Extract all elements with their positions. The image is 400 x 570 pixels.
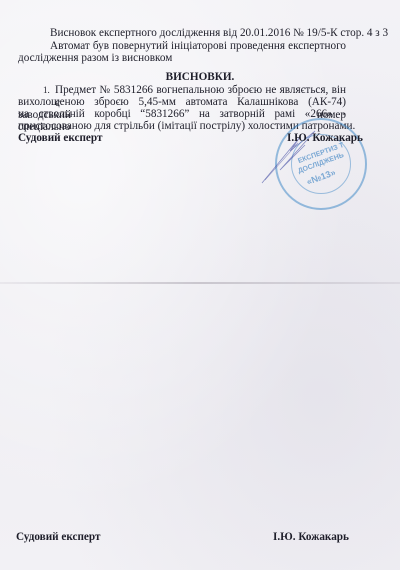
conclusions-title: ВИСНОВКИ.: [0, 71, 400, 84]
signature-top-name: І.Ю. Кожакарь: [287, 132, 363, 145]
signature-bottom-role: Судовий експерт: [16, 531, 100, 544]
document-header: Висновок експертного дослідження від 20.…: [50, 27, 388, 40]
signature-bottom-name: І.Ю. Кожакарь: [273, 531, 349, 544]
signature-top-role: Судовий експерт: [18, 132, 102, 145]
intro-paragraph-line2: дослідження разом із висновком: [18, 52, 172, 65]
paper-fold-line: [0, 282, 400, 284]
